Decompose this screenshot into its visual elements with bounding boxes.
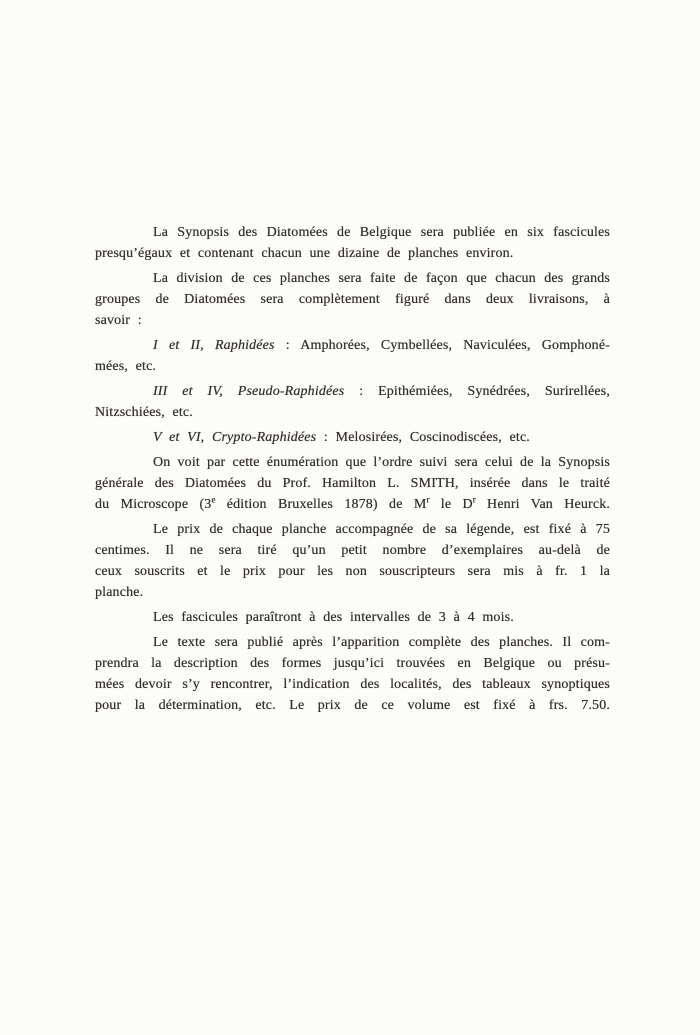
text-run: savoir : [95,313,142,328]
text-line: V et VI, Crypto-Raphidées : Melosirées, … [95,428,610,449]
text-run: ceux souscrits et le prix pour les non s… [95,564,610,579]
text-line: générale des Diatomées du Prof. Hamilton… [95,474,610,495]
italic-text-run: I et II, Raphidées [153,338,275,353]
text-run: presqu’égaux et contenant chacun une diz… [95,246,513,261]
text-line: Les fascicules paraîtront à des interval… [95,608,610,629]
text-run: prendra la description des formes jusqu’… [95,656,610,671]
text-run: centimes. Il ne sera tiré qu’un petit no… [95,543,610,558]
text-run: Le texte sera publié après l’apparition … [153,635,610,650]
text-run: pour la détermination, etc. Le prix de c… [95,698,610,713]
text-line: ceux souscrits et le prix pour les non s… [95,562,610,583]
text-line: III et IV, Pseudo-Raphidées : Epithémiée… [95,382,610,403]
text-run: : Melosirées, Coscinodiscées, etc. [316,430,530,445]
text-line: La division de ces planches sera faite d… [95,269,610,290]
scanned-page: La Synopsis des Diatomées de Belgique se… [0,0,700,1035]
text-line: presqu’égaux et contenant chacun une diz… [95,244,610,265]
text-run: mées devoir s’y rencontrer, l’indication… [95,677,610,692]
text-run: Le prix de chaque planche accompagnée de… [153,522,610,537]
text-run: : Epithémiées, Synédrées, Surirellées, [344,384,610,399]
text-run: édition Bruxelles 1878) de M [215,497,426,512]
text-line: Nitzschiées, etc. [95,403,610,424]
text-run: La Synopsis des Diatomées de Belgique se… [153,225,610,240]
text-line: Le texte sera publié après l’apparition … [95,633,610,654]
text-line: prendra la description des formes jusqu’… [95,654,610,675]
text-run: générale des Diatomées du Prof. Hamilton… [95,476,610,491]
text-line: Le prix de chaque planche accompagnée de… [95,520,610,541]
text-run: planche. [95,585,143,600]
text-run: groupes de Diatomées sera complètement f… [95,292,610,307]
text-line: planche. [95,583,610,604]
text-line: pour la détermination, etc. Le prix de c… [95,696,610,717]
text-run: : Amphorées, Cymbellées, Naviculées, Gom… [275,338,610,353]
text-line: mées, etc. [95,357,610,378]
text-block: La Synopsis des Diatomées de Belgique se… [95,223,610,717]
text-line: savoir : [95,311,610,332]
text-run: le D [429,497,472,512]
text-line: On voit par cette énumération que l’ordr… [95,453,610,474]
text-run: La division de ces planches sera faite d… [153,271,610,286]
text-line: I et II, Raphidées : Amphorées, Cymbellé… [95,336,610,357]
text-run: du Microscope (3 [95,497,211,512]
text-line: du Microscope (3e édition Bruxelles 1878… [95,495,610,516]
text-line: mées devoir s’y rencontrer, l’indication… [95,675,610,696]
italic-text-run: V et VI, Crypto-Raphidées [153,430,316,445]
text-line: centimes. Il ne sera tiré qu’un petit no… [95,541,610,562]
text-run: On voit par cette énumération que l’ordr… [153,455,610,470]
text-run: Les fascicules paraîtront à des interval… [153,610,514,625]
italic-text-run: III et IV, Pseudo-Raphidées [153,384,344,399]
text-run: Henri Van Heurck. [476,497,610,512]
text-line: La Synopsis des Diatomées de Belgique se… [95,223,610,244]
text-run: Nitzschiées, etc. [95,405,193,420]
text-run: mées, etc. [95,359,156,374]
text-line: groupes de Diatomées sera complètement f… [95,290,610,311]
